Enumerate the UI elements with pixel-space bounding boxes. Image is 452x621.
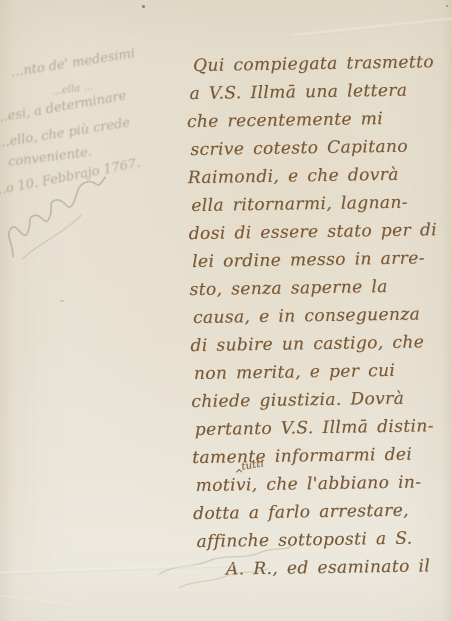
- letter-line: Qui compiegata trasmetto: [193, 48, 448, 80]
- letter-line-text: lei ordine messo in arre-: [192, 248, 425, 272]
- letter-line-text: ella ritornarmi, lagnan-: [191, 193, 408, 216]
- showthrough-annotation-line: …nto de' medesimi: [10, 46, 136, 80]
- showthrough-scrawl: [148, 539, 303, 605]
- letter-line: a V.S. Illmā una lettera: [189, 76, 448, 108]
- paper-speck: [446, 5, 448, 7]
- showthrough-signature-scrawl: [0, 156, 129, 270]
- letter-line-text: causa, e in conseguenza: [193, 304, 420, 328]
- letter-line: dosi di essere stato per di: [188, 216, 450, 248]
- letter-line: ella ritornarmi, lagnan-: [191, 188, 450, 220]
- paper-crease: [293, 18, 452, 38]
- letter-line-text: Qui compiegata trasmetto: [193, 52, 434, 76]
- letter-line: non merita, e per cui: [194, 356, 452, 388]
- letter-line: dotta a farlo arrestare,: [193, 496, 452, 528]
- letter-line: di subire un castigo, che: [190, 328, 452, 360]
- letter-line-text: sto, senza saperne la: [189, 277, 387, 300]
- letter-line-text: motivi, che l'abbiano in-: [195, 472, 421, 496]
- letter-line: pertanto V.S. Illmā distin-: [195, 412, 452, 444]
- letter-line-text: Raimondi, e che dovrà: [188, 165, 399, 188]
- letter-line: Raimondi, e che dovrà: [188, 160, 450, 192]
- letter-line: scrive cotesto Capitano: [190, 132, 449, 164]
- letter-body: Qui compiegata trasmetto a V.S. Illmā un…: [186, 48, 452, 584]
- letter-line-text: a V.S. Illmā una lettera: [189, 81, 407, 104]
- paper-crease: [0, 594, 80, 609]
- letter-line-text: dotta a farlo arrestare,: [193, 501, 409, 524]
- letter-line: tutti ^ motivi, che l'abbiano in-: [195, 468, 452, 500]
- letter-line-text: tamente informarmi dei: [192, 445, 412, 468]
- paper-speck: [60, 300, 64, 302]
- letter-line-text: chiede giustizia. Dovrà: [191, 389, 404, 412]
- letter-line-text: che recentemente mi: [187, 109, 383, 132]
- letter-line: causa, e in conseguenza: [193, 300, 452, 332]
- letter-line-text: non merita, e per cui: [194, 361, 396, 384]
- letter-line-text: dosi di essere stato per di: [189, 220, 438, 244]
- letter-page: …nto de' medesimi …ella … …esi, a determ…: [0, 0, 452, 621]
- letter-line: chiede giustizia. Dovrà: [191, 384, 452, 416]
- letter-line: lei ordine messo in arre-: [192, 244, 451, 276]
- letter-line-text: pertanto V.S. Illmā distin-: [195, 416, 434, 440]
- letter-line-text: scrive cotesto Capitano: [190, 137, 408, 160]
- letter-line: tamente informarmi dei: [192, 440, 452, 472]
- letter-line: sto, senza saperne la: [189, 272, 451, 304]
- interlinear-insertion: tutti ^: [241, 461, 264, 478]
- letter-line: che recentemente mi: [187, 104, 449, 136]
- letter-line-text: di subire un castigo, che: [190, 332, 424, 356]
- paper-speck: [142, 5, 145, 8]
